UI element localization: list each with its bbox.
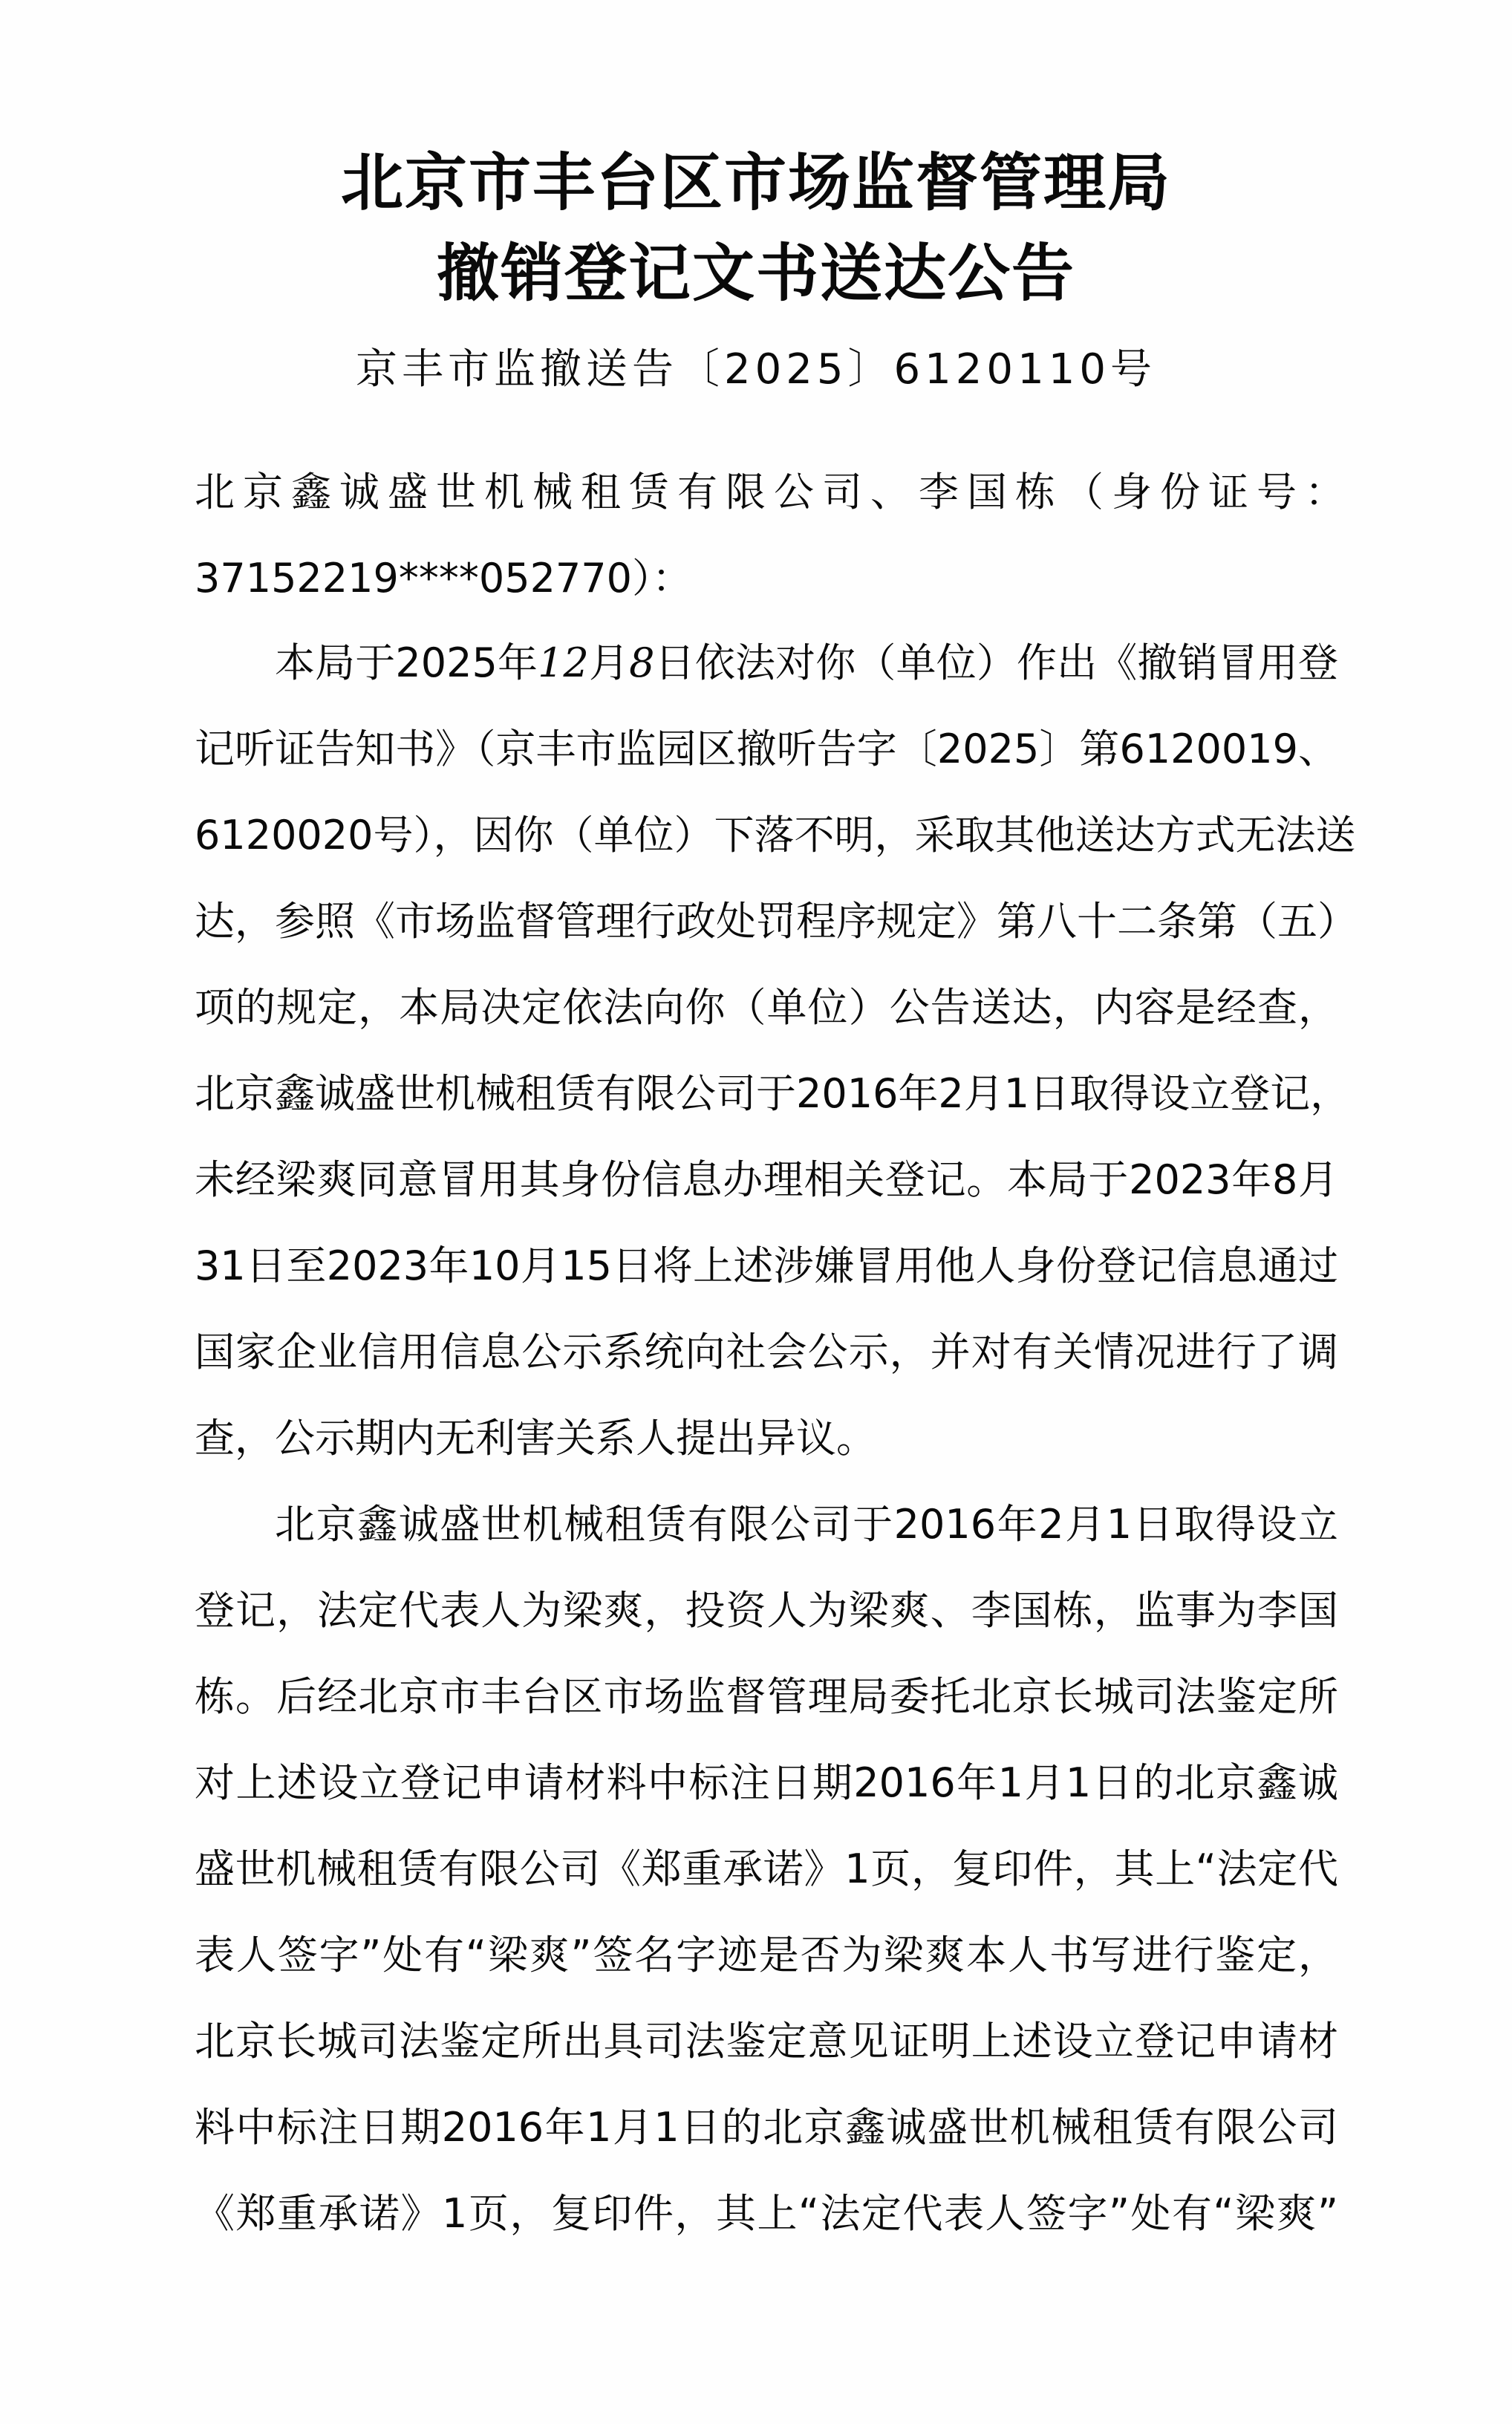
text-segment: 月 bbox=[589, 639, 629, 686]
paragraph-line: 北京鑫诚盛世机械租赁有限公司于2016年2月1日取得设立登记， bbox=[195, 1068, 1338, 1120]
handwritten-day: 8 bbox=[629, 639, 654, 686]
paragraph-line: 对上述设立登记申请材料中标注日期2016年1月1日的北京鑫诚 bbox=[195, 1757, 1338, 1809]
paragraph-line: 项的规定，本局决定依法向你（单位）公告送达，内容是经查， bbox=[195, 982, 1338, 1034]
paragraph-line: 查，公示期内无利害关系人提出异议。 bbox=[195, 1413, 1338, 1464]
paragraph-line: 料中标注日期2016年1月1日的北京鑫诚盛世机械租赁有限公司 bbox=[195, 2102, 1338, 2154]
paragraph-line: 6120020号），因你（单位）下落不明，采取其他送达方式无法送 bbox=[195, 809, 1338, 861]
addressee-id-line: 37152219****052770）： bbox=[195, 553, 1338, 605]
paragraph-line: 北京长城司法鉴定所出具司法鉴定意见证明上述设立登记申请材 bbox=[195, 2016, 1338, 2068]
paragraph-line: 表人签字”处有“梁爽”签名字迹是否为梁爽本人书写进行鉴定， bbox=[195, 1929, 1338, 1981]
paragraph-line: 达，参照《市场监督管理行政处罚程序规定》第八十二条第（五） bbox=[195, 896, 1338, 948]
addressee-line: 北京鑫诚盛世机械租赁有限公司、李国栋（身份证号： bbox=[195, 466, 1338, 518]
paragraph-line: 未经梁爽同意冒用其身份信息办理相关登记。本局于2023年8月 bbox=[195, 1154, 1338, 1206]
page-title-notice: 撤销登记文书送达公告 bbox=[0, 236, 1512, 310]
paragraph-line: 北京鑫诚盛世机械租赁有限公司于2016年2月1日取得设立 bbox=[275, 1499, 1338, 1551]
document-number: 京丰市监撤送告〔2025〕6120110号 bbox=[0, 343, 1512, 397]
document-page: 北京市丰台区市场监督管理局 撤销登记文书送达公告 京丰市监撤送告〔2025〕61… bbox=[0, 0, 1512, 2424]
paragraph-line: 盛世机械租赁有限公司《郑重承诺》1页，复印件，其上“法定代 bbox=[195, 1843, 1338, 1895]
paragraph-line: 登记，法定代表人为梁爽，投资人为梁爽、李国栋，监事为李国 bbox=[195, 1585, 1338, 1637]
page-title-agency: 北京市丰台区市场监督管理局 bbox=[0, 146, 1512, 220]
paragraph-line: 《郑重承诺》1页，复印件，其上“法定代表人签字”处有“梁爽” bbox=[195, 2188, 1338, 2240]
paragraph-line: 31日至2023年10月15日将上述涉嫌冒用他人身份登记信息通过 bbox=[195, 1240, 1338, 1292]
paragraph-line: 记听证告知书》（京丰市监园区撤听告字〔2025〕第6120019、 bbox=[195, 723, 1338, 775]
paragraph-line: 本局于2025年12月8日依法对你（单位）作出《撤销冒用登 bbox=[275, 637, 1338, 689]
paragraph-line: 栋。后经北京市丰台区市场监督管理局委托北京长城司法鉴定所 bbox=[195, 1671, 1338, 1723]
text-segment: 本局于2025年 bbox=[275, 639, 538, 686]
text-segment: 日依法对你（单位）作出《撤销冒用登 bbox=[655, 639, 1338, 686]
handwritten-month: 12 bbox=[538, 639, 589, 686]
paragraph-line: 国家企业信用信息公示系统向社会公示，并对有关情况进行了调 bbox=[195, 1326, 1338, 1378]
